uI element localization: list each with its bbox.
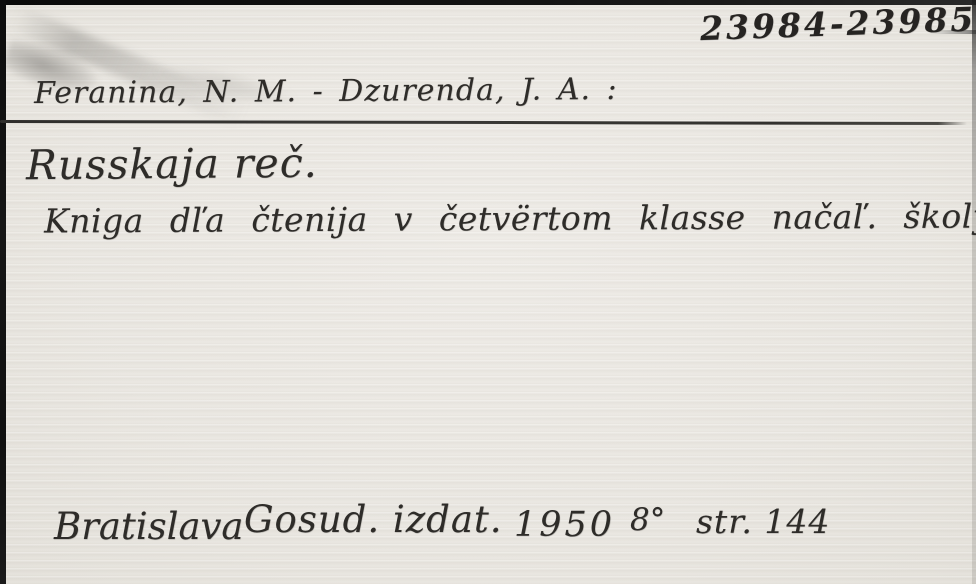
library-catalog-card: 23984-23985. Feranina, N. M. - Dzurenda,… [0,0,976,584]
scan-edge-right [972,0,976,584]
author-heading: Feranina, N. M. - Dzurenda, J. A. : [34,72,618,111]
imprint-year: 1950 [514,505,615,545]
call-number: 23984-23985. [699,0,976,48]
imprint-publisher: Gosud. izdat. [244,498,503,541]
title: Russkaja reč. [26,139,318,190]
subtitle: Kniga dľa čtenija v četvërtom klasse nač… [44,197,976,241]
imprint-place: Bratislava [54,505,243,548]
heading-rule [0,120,967,125]
imprint-format: 8° [630,502,665,538]
imprint-pages: str. 144 [696,502,830,541]
scan-edge-left [0,0,6,584]
